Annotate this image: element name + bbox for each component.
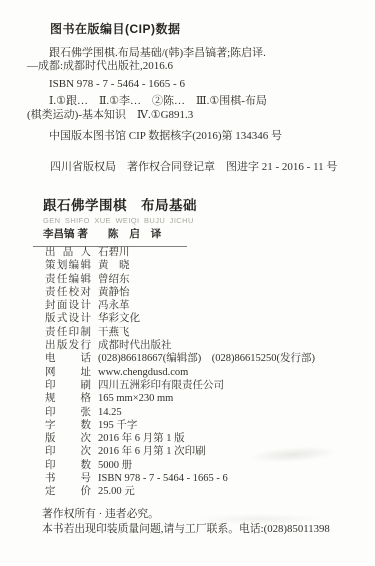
colophon-label: 出品人 xyxy=(45,246,91,259)
book-title: 跟石佛学围棋 布局基础 xyxy=(43,198,363,214)
colophon-value: 黄静怡 xyxy=(98,287,130,298)
cip-record-line: 中国版本图书馆 CIP 数据核字(2016)第 134346 号 xyxy=(27,130,363,144)
copyright-registration-line: 四川省版权局 著作权合同登记章 图进字 21 - 2016 - 11 号 xyxy=(50,161,365,175)
colophon-value: 成都时代出版社 xyxy=(98,340,172,351)
colophon-label: 出版发行 xyxy=(45,339,91,352)
book-title-pinyin: GEN SHIFO XUE WEIQI BUJU JICHU xyxy=(43,216,363,225)
colophon-row: 规格165 mm×230 mm xyxy=(45,392,367,405)
colophon-value: 195 千字 xyxy=(98,420,137,431)
colophon-label: 责任编辑 xyxy=(45,273,91,286)
colophon-label: 电话 xyxy=(45,352,91,365)
colophon-label: 版式设计 xyxy=(45,312,91,325)
colophon-value: 2016 年 6 月第 1 版 xyxy=(98,433,185,444)
colophon-label: 网址 xyxy=(45,366,91,379)
colophon-row: 网址www.chengdusd.com xyxy=(45,366,367,379)
cip-description-line-1: 跟石佛学围棋.布局基础/(韩)李昌镐著;陈启译. xyxy=(27,47,363,61)
colophon-value: 14.25 xyxy=(98,407,122,418)
colophon-value: 冯永革 xyxy=(98,300,130,311)
colophon-row: 印刷四川五洲彩印有限责任公司 xyxy=(45,379,367,392)
cip-header: 图书在版编目(CIP)数据 xyxy=(50,23,363,37)
title-block: 跟石佛学围棋 布局基础 GEN SHIFO XUE WEIQI BUJU JIC… xyxy=(43,198,363,247)
colophon-value: (028)86618667(编辑部) (028)86615250(发行部) xyxy=(98,353,315,364)
colophon-label: 印次 xyxy=(45,445,91,458)
colophon-row: 印数5000 册 xyxy=(45,459,367,472)
colophon-row: 责任编辑曾绍东 xyxy=(45,273,367,286)
colophon-label: 印刷 xyxy=(45,379,91,392)
colophon-label: 责任校对 xyxy=(45,286,91,299)
cip-classification-line-2: (棋类运动)-基本知识 Ⅳ.①G891.3 xyxy=(27,109,363,123)
colophon-row: 责任校对黄静怡 xyxy=(45,286,367,299)
colophon-value: 2016 年 6 月第 1 次印刷 xyxy=(98,446,206,457)
colophon-row: 印张14.25 xyxy=(45,406,367,419)
colophon-row: 定价25.00 元 xyxy=(45,485,367,498)
colophon-value: 5000 册 xyxy=(98,460,132,471)
colophon-value: 曾绍东 xyxy=(98,274,130,285)
cip-isbn-line: ISBN 978 - 7 - 5464 - 1665 - 6 xyxy=(27,78,363,92)
colophon-row: 印次2016 年 6 月第 1 次印刷 xyxy=(45,445,367,458)
colophon-label: 书号 xyxy=(45,472,91,485)
colophon-row: 版次2016 年 6 月第 1 版 xyxy=(45,432,367,445)
colophon-value: 石碧川 xyxy=(98,247,130,258)
colophon-value: 干燕飞 xyxy=(98,327,130,338)
colophon-row: 出版发行成都时代出版社 xyxy=(45,339,367,352)
colophon-row: 电话(028)86618667(编辑部) (028)86615250(发行部) xyxy=(45,352,367,365)
colophon-label: 定价 xyxy=(45,485,91,498)
colophon-label: 印数 xyxy=(45,459,91,472)
colophon-label: 版次 xyxy=(45,432,91,445)
colophon-row: 版式设计华彩文化 xyxy=(45,312,367,325)
colophon-label: 封面设计 xyxy=(45,299,91,312)
translator-name: 陈 启 译 xyxy=(108,228,165,240)
colophon-value: 四川五洲彩印有限责任公司 xyxy=(98,380,224,391)
colophon-value: ISBN 978 - 7 - 5464 - 1665 - 6 xyxy=(98,473,228,484)
colophon-value: 165 mm×230 mm xyxy=(98,393,173,404)
cip-block: 图书在版编目(CIP)数据 跟石佛学围棋.布局基础/(韩)李昌镐著;陈启译. —… xyxy=(27,23,363,144)
colophon-value: 黄 晓 xyxy=(98,260,130,271)
colophon-row: 字数195 千字 xyxy=(45,419,367,432)
colophon-row: 责任印制干燕飞 xyxy=(45,326,367,339)
colophon-value: 华彩文化 xyxy=(98,313,140,324)
colophon-row: 出品人石碧川 xyxy=(45,246,367,259)
cip-description-line-2: —成都:成都时代出版社,2016.6 xyxy=(27,60,363,74)
colophon-label: 印张 xyxy=(45,406,91,419)
author-name: 李昌镐 著 xyxy=(43,228,88,240)
colophon-value: 25.00 元 xyxy=(98,486,135,497)
quality-notice-line: 本书若出现印装质量问题,请与工厂联系。电话:(028)85011398 xyxy=(42,522,367,537)
footer-notices: 著作权所有 · 违者必究。 本书若出现印装质量问题,请与工厂联系。电话:(028… xyxy=(42,507,367,536)
colophon-label: 字数 xyxy=(45,419,91,432)
author-line: 李昌镐 著陈 启 译 xyxy=(43,228,363,241)
colophon-row: 策划编辑黄 晓 xyxy=(45,259,367,272)
colophon-label: 规格 xyxy=(45,392,91,405)
colophon-list: 出品人石碧川 策划编辑黄 晓 责任编辑曾绍东 责任校对黄静怡 封面设计冯永革 版… xyxy=(45,246,367,499)
colophon-label: 责任印制 xyxy=(45,326,91,339)
colophon-value: www.chengdusd.com xyxy=(98,367,188,378)
cip-classification-line-1: Ⅰ.①跟… Ⅱ.①李… ②陈… Ⅲ.①围棋-布局 xyxy=(27,95,363,109)
colophon-row: 书号ISBN 978 - 7 - 5464 - 1665 - 6 xyxy=(45,472,367,485)
colophon-label: 策划编辑 xyxy=(45,259,91,272)
copyright-notice-line: 著作权所有 · 违者必究。 xyxy=(42,507,367,522)
colophon-row: 封面设计冯永革 xyxy=(45,299,367,312)
